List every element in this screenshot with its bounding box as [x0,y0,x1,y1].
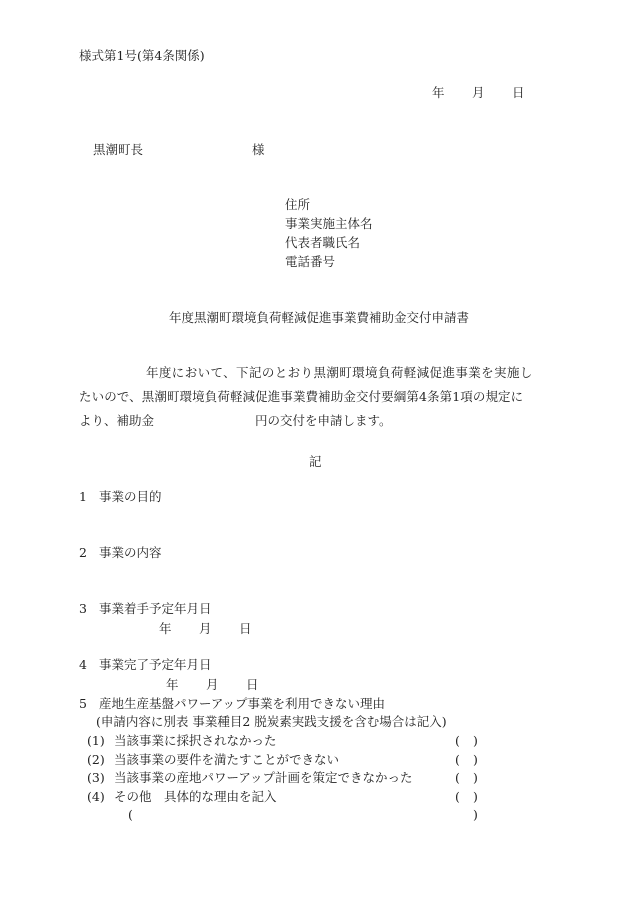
option-2-checkbox-close[interactable]: ) [473,754,478,767]
option-3-checkbox-close[interactable]: ) [473,772,478,785]
field-entity-name-label: 事業実施主体名 [285,218,373,231]
section-2-label: 事業の内容 [99,547,162,560]
section-4-month: 月 [206,679,219,692]
section-4-number: 4 [79,659,87,672]
section-3-number: 3 [79,603,87,616]
body-line-1: 年度において、下記のとおり黒潮町環境負荷軽減促進事業を実施し [146,367,533,380]
option-1-checkbox-open[interactable]: ( [455,735,460,748]
option-1-number: (1) [87,735,105,748]
body-line-3-suffix: 円の交付を申請します。 [255,415,392,428]
section-5-label: 産地生産基盤パワーアップ事業を利用できない理由 [99,698,385,711]
option-4-text: その他 具体的な理由を記入 [114,791,277,804]
section-3-day: 日 [239,623,252,636]
addressee-name: 黒潮町長 [93,144,143,157]
option-1-checkbox-close[interactable]: ) [473,735,478,748]
option-3-text: 当該事業の産地パワーアップ計画を策定できなかった [114,772,413,785]
option-1-text: 当該事業に採択されなかった [114,735,277,748]
section-3-month: 月 [199,623,212,636]
addressee-honorific: 様 [252,144,265,157]
document-title: 年度黒潮町環境負荷軽減促進事業費補助金交付申請書 [169,312,469,325]
field-representative-label: 代表者職氏名 [285,237,360,250]
form-number: 様式第1号(第4条関係) [79,50,205,63]
date-month-label: 月 [472,87,485,100]
option-3-checkbox-open[interactable]: ( [455,772,460,785]
section-2-number: 2 [79,547,87,560]
ki-heading: 記 [309,456,322,469]
field-phone-label: 電話番号 [285,256,335,269]
date-day-label: 日 [512,87,525,100]
section-4-year: 年 [166,679,179,692]
section-5-note: (申請内容に別表 事業種目2 脱炭素実践支援を含む場合は記入) [96,716,447,729]
section-5-number: 5 [79,698,87,711]
option-2-text: 当該事業の要件を満たすことができない [114,754,339,767]
section-3-year: 年 [159,623,172,636]
reason-bracket-open: ( [128,809,133,822]
section-1-label: 事業の目的 [99,491,162,504]
option-3-number: (3) [87,772,105,785]
field-address-label: 住所 [285,199,310,212]
option-2-checkbox-open[interactable]: ( [455,754,460,767]
body-line-2: たいので、黒潮町環境負荷軽減促進事業費補助金交付要綱第4条第1項の規定に [79,391,523,404]
option-4-checkbox-open[interactable]: ( [455,791,460,804]
section-1-number: 1 [79,491,87,504]
section-4-label: 事業完了予定年月日 [99,659,212,672]
body-line-3-prefix: より、補助金 [79,415,154,428]
reason-bracket-close: ) [473,809,478,822]
section-4-day: 日 [246,679,259,692]
option-2-number: (2) [87,754,105,767]
option-4-number: (4) [87,791,105,804]
date-year-label: 年 [432,87,445,100]
option-4-checkbox-close[interactable]: ) [473,791,478,804]
section-3-label: 事業着手予定年月日 [99,603,212,616]
